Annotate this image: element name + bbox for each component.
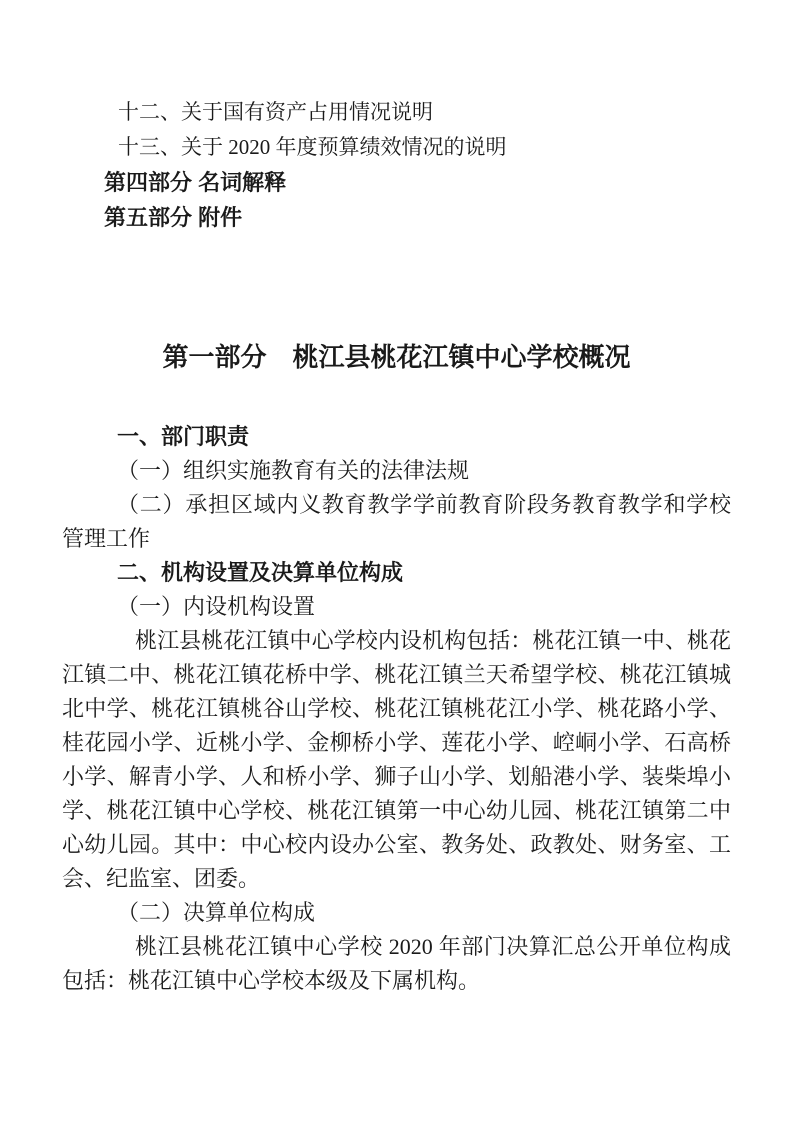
- document-body: 一、部门职责 （一）组织实施教育有关的法律法规 （二）承担区域内义教育教学学前教…: [62, 420, 731, 998]
- toc-part-heading: 第五部分 附件: [62, 200, 731, 235]
- body-subheading: （一）内设机构设置: [62, 590, 731, 624]
- body-paragraph: 桃江县桃花江镇中心学校内设机构包括：桃花江镇一中、桃花江镇二中、桃花江镇花桥中学…: [62, 624, 731, 896]
- body-subheading: （二）决算单位构成: [62, 896, 731, 930]
- body-heading: 一、部门职责: [62, 420, 731, 454]
- toc-part-heading: 第四部分 名词解释: [62, 165, 731, 200]
- section-title: 第一部分 桃江县桃花江镇中心学校概况: [62, 337, 731, 377]
- body-paragraph: （二）承担区域内义教育教学学前教育阶段务教育教学和学校管理工作: [62, 488, 731, 556]
- table-of-contents: 十二、关于国有资产占用情况说明 十三、关于 2020 年度预算绩效情况的说明 第…: [62, 95, 731, 235]
- document-page: 十二、关于国有资产占用情况说明 十三、关于 2020 年度预算绩效情况的说明 第…: [0, 0, 793, 1122]
- toc-item: 十二、关于国有资产占用情况说明: [62, 95, 731, 130]
- body-heading: 二、机构设置及决算单位构成: [62, 556, 731, 590]
- body-paragraph: 桃江县桃花江镇中心学校 2020 年部门决算汇总公开单位构成包括：桃花江镇中心学…: [62, 930, 731, 998]
- toc-item: 十三、关于 2020 年度预算绩效情况的说明: [62, 130, 731, 165]
- body-subheading: （一）组织实施教育有关的法律法规: [62, 454, 731, 488]
